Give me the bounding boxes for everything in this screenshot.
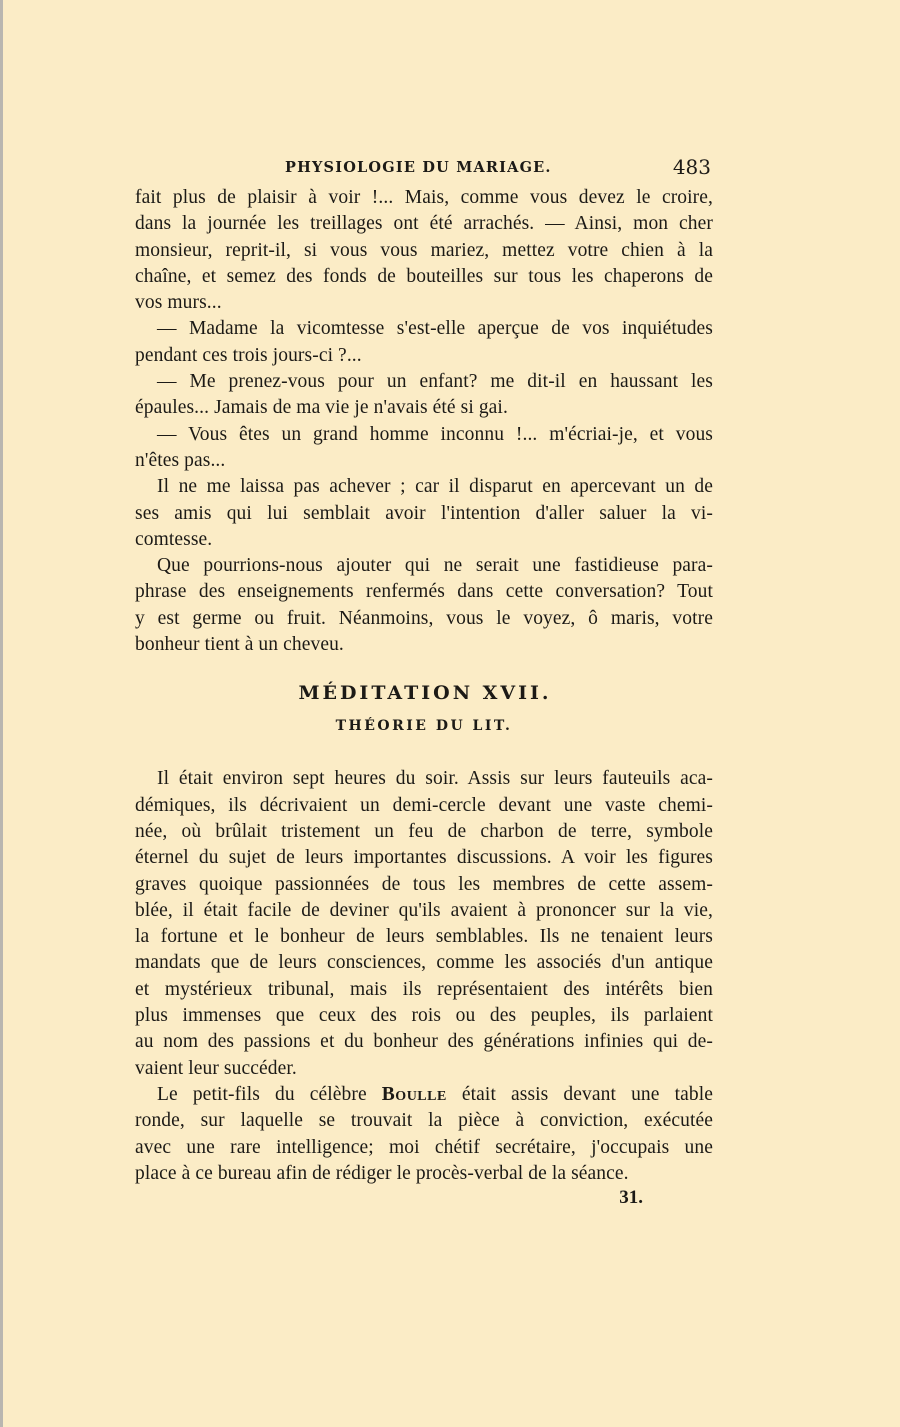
text-line: éternel du sujet de leurs importantes di…	[135, 845, 713, 871]
text-line: mandats que de leurs consciences, comme …	[135, 950, 713, 976]
text-line: vaient leur succéder.	[135, 1056, 713, 1082]
running-head: PHYSIOLOGIE DU MARIAGE. 483	[135, 155, 713, 185]
text-line: Il était environ sept heures du soir. As…	[135, 766, 713, 792]
meditation-title: MÉDITATION XVII.	[137, 682, 713, 718]
text-fragment: était assis devant une table	[447, 1084, 713, 1105]
text-line: démiques, ils décrivaient un demi-cercle…	[135, 793, 713, 819]
paragraph: Il était environ sept heures du soir. As…	[135, 766, 713, 1082]
text-line: la fortune et le bonheur de leurs sembla…	[135, 924, 713, 950]
text-line: vos murs...	[135, 290, 713, 316]
page-number: 483	[673, 155, 711, 179]
text-line: graves quoique passionnées de tous les m…	[135, 872, 713, 898]
paragraph: — Me prenez-vous pour un enfant? me dit-…	[135, 369, 713, 422]
paragraph: Il ne me laissa pas achever ; car il dis…	[135, 474, 713, 553]
paragraph: Que pourrions-nous ajouter qui ne serait…	[135, 553, 713, 658]
body-text-bottom: Il était environ sept heures du soir. As…	[135, 766, 713, 1187]
text-line: Il ne me laissa pas achever ; car il dis…	[135, 474, 713, 500]
text-line: Le petit-fils du célèbre Boulle était as…	[135, 1082, 713, 1108]
text-line: Que pourrions-nous ajouter qui ne serait…	[135, 553, 713, 579]
text-line: ses amis qui lui semblait avoir l'intent…	[135, 501, 713, 527]
text-line: pendant ces trois jours-ci ?...	[135, 343, 713, 369]
text-line: — Madame la vicomtesse s'est-elle aperçu…	[135, 316, 713, 342]
text-line: plus immenses que ceux des rois ou des p…	[135, 1003, 713, 1029]
text-line: place à ce bureau afin de rédiger le pro…	[135, 1161, 713, 1187]
text-line: et mystérieux tribunal, mais ils représe…	[135, 977, 713, 1003]
paragraph: — Madame la vicomtesse s'est-elle aperçu…	[135, 316, 713, 369]
paragraph: fait plus de plaisir à voir !... Mais, c…	[135, 185, 713, 316]
text-line: — Vous êtes un grand homme inconnu !... …	[135, 422, 713, 448]
book-page: PHYSIOLOGIE DU MARIAGE. 483 fait plus de…	[135, 155, 713, 1213]
text-line: fait plus de plaisir à voir !... Mais, c…	[135, 185, 713, 211]
paragraph: — Vous êtes un grand homme inconnu !... …	[135, 422, 713, 475]
text-line: chaîne, et semez des fonds de bouteilles…	[135, 264, 713, 290]
text-line: née, où brûlait tristement un feu de cha…	[135, 819, 713, 845]
text-line: ronde, sur laquelle se trouvait la pièce…	[135, 1108, 713, 1134]
page-left-edge	[0, 0, 3, 1427]
text-line: y est germe ou fruit. Néanmoins, vous le…	[135, 606, 713, 632]
text-line: dans la journée les treillages ont été a…	[135, 211, 713, 237]
text-line: au nom des passions et du bonheur des gé…	[135, 1029, 713, 1055]
text-line: n'êtes pas...	[135, 448, 713, 474]
text-line: monsieur, reprit-il, si vous vous mariez…	[135, 238, 713, 264]
proper-name-boulle: Boulle	[382, 1084, 447, 1105]
text-line: blée, il était facile de deviner qu'ils …	[135, 898, 713, 924]
text-line: phrase des enseignements renfermés dans …	[135, 579, 713, 605]
paragraph: Le petit-fils du célèbre Boulle était as…	[135, 1082, 713, 1187]
text-line: comtesse.	[135, 527, 713, 553]
text-fragment: Le petit-fils du célèbre	[157, 1084, 382, 1105]
text-line: avec une rare intelligence; moi chétif s…	[135, 1135, 713, 1161]
running-title: PHYSIOLOGIE DU MARIAGE.	[285, 159, 552, 176]
chapter-heading: MÉDITATION XVII. THÉORIE DU LIT.	[135, 682, 713, 766]
text-line: épaules... Jamais de ma vie je n'avais é…	[135, 395, 713, 421]
signature-mark: 31.	[135, 1187, 713, 1213]
body-text-top: fait plus de plaisir à voir !... Mais, c…	[135, 185, 713, 658]
text-line: — Me prenez-vous pour un enfant? me dit-…	[135, 369, 713, 395]
section-title: THÉORIE DU LIT.	[135, 718, 713, 766]
text-line: bonheur tient à un cheveu.	[135, 632, 713, 658]
